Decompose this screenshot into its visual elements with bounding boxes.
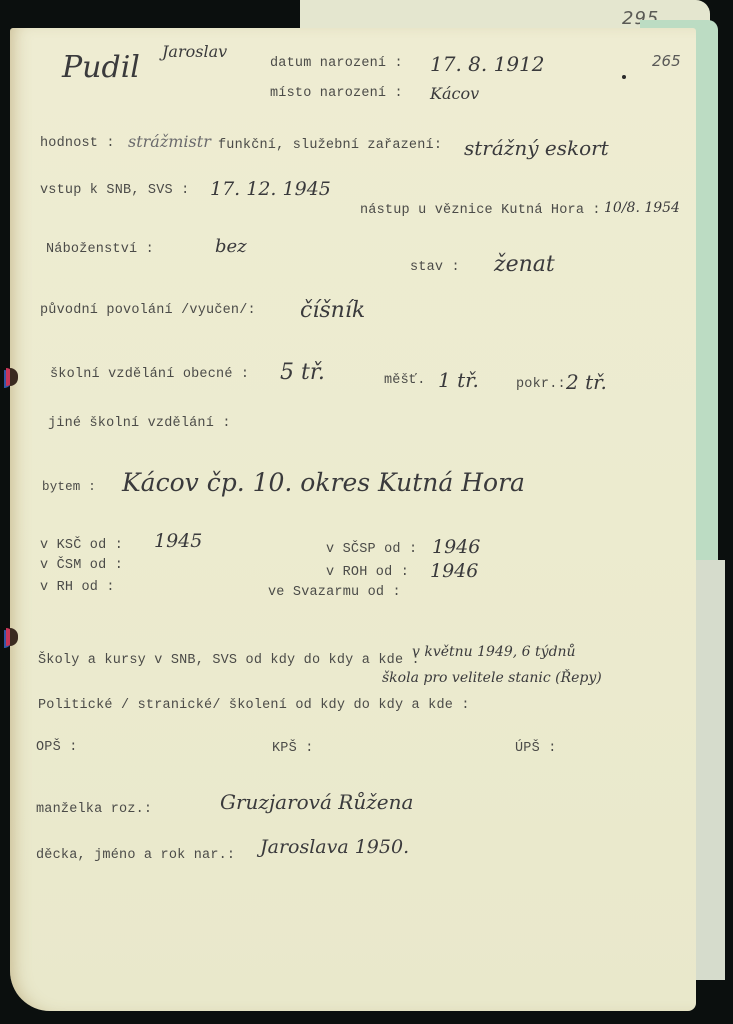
wife-label: manželka roz.: xyxy=(36,802,152,817)
snb-entry-label: vstup k SNB, SVS : xyxy=(40,183,189,198)
scsp-label: v SČSP od : xyxy=(326,542,417,557)
ups-label: ÚPŠ : xyxy=(515,741,557,756)
ksc-value: 1945 xyxy=(154,530,202,552)
kps-label: KPŠ : xyxy=(272,741,314,756)
surname: Pudil xyxy=(62,50,140,85)
punch-dot xyxy=(622,75,626,79)
binding-hole-icon xyxy=(10,368,18,386)
birth-date-value: 17. 8. 1912 xyxy=(430,52,545,76)
csm-label: v ČSM od : xyxy=(40,558,123,573)
birth-place-label: místo narození : xyxy=(270,86,403,101)
birth-place-value: Kácov xyxy=(430,84,479,103)
courses-value-line2: škola pro velitele stanic (Řepy) xyxy=(382,670,602,686)
rank-label: hodnost : xyxy=(40,136,115,151)
wife-value: Gruzjarová Růžena xyxy=(220,790,413,814)
religion-label: Náboženství : xyxy=(46,242,154,257)
children-label: děcka, jméno a rok nar.: xyxy=(36,848,235,863)
first-name: Jaroslav xyxy=(162,42,227,61)
rh-label: v RH od : xyxy=(40,580,115,595)
personnel-record-page: Pudil Jaroslav 265 datum narození : 17. … xyxy=(10,28,696,1011)
residence-label: bytem : xyxy=(42,480,96,494)
religion-value: bez xyxy=(215,236,247,257)
education-advanced-value: 2 tř. xyxy=(566,370,607,394)
prison-entry-label: nástup u věznice Kutná Hora : xyxy=(360,203,601,218)
binding-hole-icon xyxy=(10,628,18,646)
function-value: strážný eskort xyxy=(464,136,609,160)
marital-status-label: stav : xyxy=(410,260,460,275)
rank-value: strážmistr xyxy=(128,132,211,151)
scsp-value: 1946 xyxy=(432,536,480,558)
original-occupation-label: původní povolání /vyučen/: xyxy=(40,303,256,318)
ops-label: OPŠ : xyxy=(36,740,78,755)
roh-label: v ROH od : xyxy=(326,565,409,580)
political-training-label: Politické / stranické/ školení od kdy do… xyxy=(38,698,470,713)
snb-entry-value: 17. 12. 1945 xyxy=(210,178,331,200)
courses-label: Školy a kursy v SNB, SVS od kdy do kdy a… xyxy=(38,653,420,668)
education-advanced-label: pokr.: xyxy=(516,377,566,392)
education-basic-label: školní vzdělání obecné : xyxy=(50,367,249,382)
residence-value: Kácov čp. 10. okres Kutná Hora xyxy=(122,468,525,497)
education-town-value: 1 tř. xyxy=(438,368,479,392)
svazarm-label: ve Svazarmu od : xyxy=(268,585,401,600)
birth-date-label: datum narození : xyxy=(270,56,403,71)
roh-value: 1946 xyxy=(430,560,478,582)
ksc-label: v KSČ od : xyxy=(40,538,123,553)
page-number: 265 xyxy=(652,52,681,70)
marital-status-value: ženat xyxy=(494,252,555,277)
education-town-label: měšť. xyxy=(384,373,426,388)
function-label: funkční, služební zařazení: xyxy=(218,138,442,153)
courses-value-line1: v květnu 1949, 6 týdnů xyxy=(412,644,576,660)
original-occupation-value: číšník xyxy=(300,298,365,323)
other-education-label: jiné školní vzdělání : xyxy=(48,416,231,431)
education-basic-value: 5 tř. xyxy=(280,360,325,385)
children-value: Jaroslava 1950. xyxy=(260,836,409,858)
prison-entry-value: 10/8. 1954 xyxy=(604,200,680,216)
